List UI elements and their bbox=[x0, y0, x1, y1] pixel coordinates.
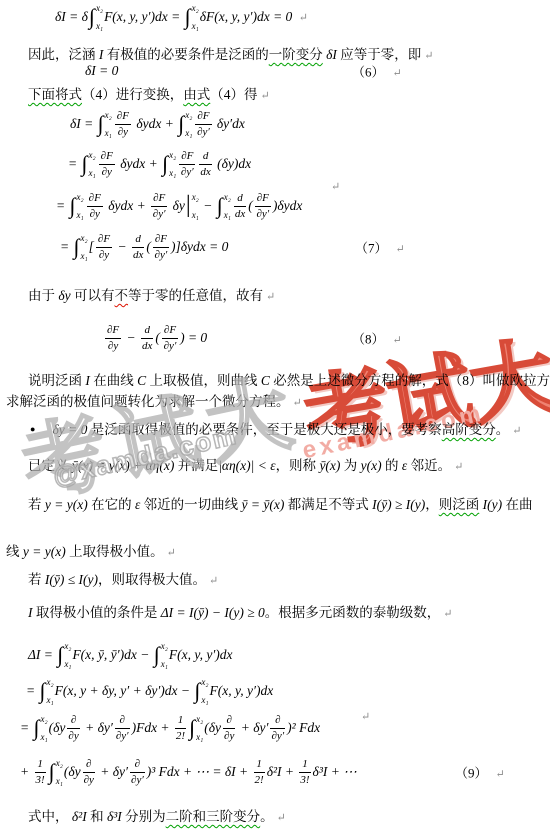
text-run: 邻近。 bbox=[411, 458, 452, 473]
fraction: ddx bbox=[132, 233, 144, 260]
fraction: ∂F∂y bbox=[96, 233, 112, 260]
display-formula: δI = ∫x₂x₁∂F∂y δydx + ∫x₂x₁∂F∂y′ δy′dx bbox=[0, 104, 550, 144]
formula-content: = ∫x₂x₁(δy∂∂y + δy′∂∂y′)Fdx + 12!∫x₂x₁(δ… bbox=[20, 714, 320, 741]
denominator: ∂y′ bbox=[195, 125, 211, 138]
paragraph-mark: ↵ bbox=[261, 90, 270, 102]
lower-limit: x₁ bbox=[81, 252, 88, 261]
formula-content: δI = 0 bbox=[85, 63, 118, 79]
fraction: ddx bbox=[199, 150, 211, 177]
formula-content: δI = ∫x₂x₁∂F∂y δydx + ∫x₂x₁∂F∂y′ δy′dx bbox=[70, 110, 245, 137]
numerator: d bbox=[141, 324, 153, 338]
limits: x₂x₁ bbox=[105, 111, 112, 138]
integral-sign: ∫x₂x₁ bbox=[185, 4, 199, 31]
fraction: ∂∂y bbox=[83, 758, 95, 785]
integral-glyph: ∫ bbox=[57, 645, 63, 665]
integral-glyph: ∫ bbox=[70, 196, 76, 216]
text-run: 有极值的必要条件是泛函的 bbox=[107, 47, 269, 62]
formula-text: = bbox=[56, 198, 69, 214]
text-run: ΔI = I(ȳ) − I(y) ≥ 0 bbox=[157, 605, 264, 620]
denominator: ∂y bbox=[105, 339, 121, 352]
upper-limit: x₂ bbox=[41, 715, 48, 724]
paragraph-mark: ↵ bbox=[299, 11, 308, 24]
text-run: δ²I bbox=[69, 809, 91, 824]
lower-limit: x₁ bbox=[47, 696, 54, 705]
denominator: ∂y′ bbox=[115, 729, 130, 742]
limits: x₂x₁ bbox=[77, 193, 84, 220]
formula-text: δF(x, y, y′)dx = 0 bbox=[200, 9, 296, 25]
text-run: ȳ(x) bbox=[316, 458, 344, 473]
integral-sign: ∫x₂x₁ bbox=[98, 111, 112, 138]
limits: x₂x₁ bbox=[81, 234, 88, 261]
display-formula: = ∫x₂x₁∂F∂y δydx + ∂F∂y′ δy|x₂x₁ − ∫x₂x₁… bbox=[0, 186, 550, 226]
text-run: ，则取得极大值。 bbox=[98, 572, 206, 587]
display-formula: = ∫x₂x₁∂F∂y δydx + ∫x₂x₁∂F∂y′ddx (δy)dx bbox=[0, 144, 550, 184]
integral-glyph: ∫ bbox=[189, 718, 195, 738]
fraction: 12! bbox=[254, 758, 265, 785]
denominator: 2! bbox=[175, 729, 186, 742]
display-formula: ∂F∂y − ddx(∂F∂y′) = 0 （8）↵ bbox=[0, 318, 550, 358]
text-run: I(ȳ) ≥ I(y) bbox=[369, 497, 426, 512]
text-run: δI bbox=[323, 47, 341, 62]
integral-sign: ∫x₂x₁ bbox=[70, 193, 84, 220]
text-run: I bbox=[28, 605, 36, 620]
text-run: 是泛函取得极值的必要条件，至于是极大还是极小，要考察 bbox=[91, 422, 442, 437]
text-run: （4）得 bbox=[210, 87, 257, 102]
lower-limit: x₁ bbox=[77, 211, 84, 220]
upper-limit: x₂ bbox=[196, 715, 203, 724]
lower-limit: x₁ bbox=[96, 22, 103, 31]
integral-glyph: ∫ bbox=[162, 154, 168, 174]
paragraph: 若 I(ȳ) ≤ I(y)，则取得极大值。↵ bbox=[6, 569, 548, 592]
text-run: 下面将式 bbox=[28, 87, 82, 102]
text-run: ȳ(x) = y(x) + αη(x) bbox=[69, 458, 178, 473]
text-run: 应等于零，即 bbox=[340, 47, 421, 62]
numerator: ∂ bbox=[67, 714, 79, 728]
text-run: 在曲 bbox=[505, 497, 532, 512]
lower-limit: x₁ bbox=[192, 22, 199, 31]
text-run: 必然是上述微分方程的解，式（8）叫做欧拉方程。 bbox=[273, 373, 550, 388]
lower-limit: x₁ bbox=[185, 129, 192, 138]
integral-sign: ∫x₂x₁ bbox=[82, 151, 96, 178]
denominator: ∂y bbox=[115, 125, 131, 138]
text-run: 式中， bbox=[28, 809, 69, 824]
integral-sign: ∫x₂x₁ bbox=[49, 759, 63, 786]
integral-sign: ∫x₂x₁ bbox=[40, 678, 54, 705]
upper-limit: x₂ bbox=[64, 642, 71, 651]
fraction: ∂F∂y bbox=[99, 150, 115, 177]
formula-content: = ∫x₂x₁[∂F∂y − ddx(∂F∂y′)]δydx = 0 bbox=[60, 233, 228, 260]
formula-text: δy′dx bbox=[214, 116, 245, 132]
upper-limit: x₂ bbox=[169, 151, 176, 160]
formula-text: − bbox=[114, 239, 130, 255]
limits: x₂x₁ bbox=[64, 642, 71, 669]
formula-text: = bbox=[68, 156, 81, 172]
denominator: ∂y bbox=[96, 248, 112, 261]
paragraph-mark: ↵ bbox=[496, 769, 505, 781]
integral-sign: ∫x₂x₁ bbox=[178, 111, 192, 138]
equation-number: （7）↵ bbox=[355, 238, 405, 257]
fraction: ∂F∂y′ bbox=[153, 233, 169, 260]
text-run: C bbox=[134, 373, 150, 388]
formula-text: δI = 0 bbox=[85, 63, 118, 79]
formula-text: δydx + bbox=[133, 116, 177, 132]
integral-sign: ∫x₂x₁ bbox=[189, 715, 203, 742]
text-run: 一阶变分 bbox=[269, 47, 323, 62]
lower-limit: x₁ bbox=[105, 129, 112, 138]
limits: x₂x₁ bbox=[47, 678, 54, 705]
limits: x₂x₁ bbox=[192, 193, 199, 220]
formula-text: ( bbox=[146, 239, 151, 255]
numerator: ∂F bbox=[179, 150, 195, 164]
formula-text: (δy bbox=[49, 720, 66, 736]
lower-limit: x₁ bbox=[56, 777, 63, 786]
display-formula: = ∫x₂x₁(δy∂∂y + δy′∂∂y′)Fdx + 12!∫x₂x₁(δ… bbox=[0, 706, 550, 750]
display-formula: = ∫x₂x₁[∂F∂y − ddx(∂F∂y′)]δydx = 0 （7）↵ bbox=[0, 227, 550, 267]
fraction: ∂∂y′ bbox=[270, 714, 285, 741]
fraction: ∂F∂y′ bbox=[151, 192, 167, 219]
formula-text: δydx + bbox=[105, 198, 149, 214]
numerator: 1 bbox=[175, 714, 186, 728]
paragraph-mark: ↵ bbox=[167, 547, 176, 559]
text-run: 在曲线 bbox=[93, 373, 134, 388]
text-run: 由式 bbox=[183, 87, 210, 102]
text-run: δ³I bbox=[104, 809, 126, 824]
text-run: I bbox=[82, 373, 93, 388]
text-run: I(y) bbox=[479, 497, 505, 512]
limits: x₂x₁ bbox=[192, 4, 199, 31]
denominator: ∂y′ bbox=[255, 207, 271, 220]
numerator: 1 bbox=[299, 758, 310, 772]
lower-limit: x₁ bbox=[41, 733, 48, 742]
numerator: ∂F bbox=[255, 192, 271, 206]
paragraph-mark: ↵ bbox=[266, 291, 275, 303]
numerator: ∂ bbox=[130, 758, 145, 772]
text-run: 说明泛函 bbox=[28, 373, 82, 388]
numerator: ∂F bbox=[153, 233, 169, 247]
formula-text: δI = bbox=[70, 116, 97, 132]
text-run: 。根据多元函数的泰勒级数， bbox=[265, 605, 441, 620]
upper-limit: x₂ bbox=[192, 193, 199, 202]
formula-content: = ∫x₂x₁∂F∂y δydx + ∫x₂x₁∂F∂y′ddx (δy)dx bbox=[68, 150, 251, 177]
formula-text: [ bbox=[89, 239, 94, 255]
denominator: ∂y bbox=[223, 729, 235, 742]
fraction: ∂∂y bbox=[223, 714, 235, 741]
integral-glyph: ∫ bbox=[178, 114, 184, 134]
formula-text: F(x, y + δy, y′ + δy′)dx − bbox=[55, 683, 194, 699]
upper-limit: x₂ bbox=[56, 759, 63, 768]
upper-limit: x₂ bbox=[192, 4, 199, 13]
text-run: 已定义 bbox=[28, 458, 69, 473]
fraction: ∂F∂y′ bbox=[255, 192, 271, 219]
text-run: 。 bbox=[496, 422, 510, 437]
formula-text: F(x, y, y′)dx = bbox=[104, 9, 184, 25]
fraction: ∂F∂y bbox=[87, 192, 103, 219]
upper-limit: x₂ bbox=[77, 193, 84, 202]
formula-text: ( bbox=[248, 198, 253, 214]
denominator: ∂y′ bbox=[162, 339, 178, 352]
equation-label: （8） bbox=[352, 332, 385, 347]
denominator: ∂y′ bbox=[153, 248, 169, 261]
formula-text: )δydx bbox=[273, 198, 303, 214]
text-run: I bbox=[96, 47, 107, 62]
bullet-dot: ● bbox=[30, 424, 35, 434]
denominator: ∂y′ bbox=[130, 773, 145, 786]
text-run: 二阶和三阶变分 bbox=[166, 809, 261, 824]
denominator: dx bbox=[132, 248, 144, 261]
formula-text: ) = 0 bbox=[180, 330, 207, 346]
text-run: y = y(x) bbox=[42, 497, 92, 512]
text-run: 由于 bbox=[28, 288, 55, 303]
formula-text: F(x, y, y′)dx bbox=[210, 683, 274, 699]
formula-content: ΔI = ∫x₂x₁F(x, ȳ, ȳ′)dx − ∫x₂x₁F(x, y, y… bbox=[28, 642, 233, 669]
equation-number: （6）↵ bbox=[352, 62, 402, 81]
text-run: 的 bbox=[385, 458, 399, 473]
text-run: 若 bbox=[28, 572, 42, 587]
numerator: ∂F bbox=[162, 324, 178, 338]
denominator: ∂y′ bbox=[179, 165, 195, 178]
equation-number: （8）↵ bbox=[352, 329, 402, 348]
fraction: ∂F∂y′ bbox=[195, 110, 211, 137]
fraction: ∂F∂y′ bbox=[162, 324, 178, 351]
formula-text: )² Fdx bbox=[287, 720, 320, 736]
paragraph-mark: ↵ bbox=[443, 608, 452, 620]
limits: x₂x₁ bbox=[185, 111, 192, 138]
text-run: 和 bbox=[90, 809, 104, 824]
integral-glyph: ∫ bbox=[34, 718, 40, 738]
limits: x₂x₁ bbox=[56, 759, 63, 786]
integral-glyph: ∫ bbox=[154, 645, 160, 665]
text-run: ε bbox=[132, 497, 144, 512]
upper-limit: x₂ bbox=[89, 151, 96, 160]
denominator: ∂y bbox=[87, 207, 103, 220]
formula-text: − bbox=[200, 198, 216, 214]
denominator: ∂y bbox=[83, 773, 95, 786]
document-page: 考试大 examda.com δI = δ∫x₂x₁F(x, y, y′)dx … bbox=[0, 0, 550, 829]
display-formula: = ∫x₂x₁F(x, y + δy, y′ + δy′)dx − ∫x₂x₁F… bbox=[0, 674, 550, 708]
numerator: ∂ bbox=[223, 714, 235, 728]
formula-text: δydx + bbox=[117, 156, 161, 172]
text-run: δy = 0 bbox=[52, 422, 90, 437]
formula-text: )]δydx = 0 bbox=[171, 239, 228, 255]
integral-sign: ∫x₂x₁ bbox=[89, 4, 103, 31]
paragraph-mark: ↵ bbox=[331, 180, 340, 193]
formula-text: + bbox=[20, 764, 33, 780]
paragraph-mark: ↵ bbox=[293, 397, 302, 409]
text-run: 。 bbox=[260, 809, 274, 824]
integral-sign: ∫x₂x₁ bbox=[57, 642, 71, 669]
formula-text: (δy bbox=[204, 720, 221, 736]
lower-limit: x₁ bbox=[161, 660, 168, 669]
integral-sign: ∫x₂x₁ bbox=[217, 193, 231, 220]
paragraph-mark: ↵ bbox=[209, 575, 218, 587]
lower-limit: x₁ bbox=[64, 660, 71, 669]
numerator: ∂ bbox=[83, 758, 95, 772]
numerator: ∂F bbox=[99, 150, 115, 164]
formula-text: − bbox=[123, 330, 139, 346]
paragraph-mark: ↵ bbox=[512, 425, 521, 437]
upper-limit: x₂ bbox=[201, 678, 208, 687]
text-run: 不 bbox=[115, 288, 129, 303]
fraction: ∂∂y bbox=[67, 714, 79, 741]
paragraph-mark: ↵ bbox=[361, 710, 370, 723]
fraction: ddx bbox=[234, 192, 246, 219]
text-run: 则泛函 bbox=[439, 497, 480, 512]
text-run: 等于零的任意值，故有 bbox=[128, 288, 263, 303]
numerator: 1 bbox=[35, 758, 46, 772]
lower-limit: x₁ bbox=[89, 169, 96, 178]
limits: x₂x₁ bbox=[96, 4, 103, 31]
formula-text: (δy bbox=[64, 764, 81, 780]
lower-limit: x₁ bbox=[196, 733, 203, 742]
text-run: 高阶变分 bbox=[442, 422, 496, 437]
numerator: ∂ bbox=[115, 714, 130, 728]
text-run: 分别为 bbox=[125, 809, 166, 824]
integral-glyph: ∫ bbox=[98, 114, 104, 134]
text-run: （4）进行变换， bbox=[82, 87, 183, 102]
limits: x₂x₁ bbox=[201, 678, 208, 705]
formula-text: + δy′ bbox=[82, 720, 113, 736]
denominator: ∂y bbox=[67, 729, 79, 742]
equation-label: （9） bbox=[455, 766, 488, 781]
equation-number: （9）↵ bbox=[455, 763, 505, 782]
numerator: d bbox=[199, 150, 211, 164]
upper-limit: x₂ bbox=[185, 111, 192, 120]
text-run: δy bbox=[55, 288, 74, 303]
fraction: ddx bbox=[141, 324, 153, 351]
text-run: 在它的 bbox=[91, 497, 132, 512]
lower-limit: x₁ bbox=[192, 211, 199, 220]
fraction: ∂F∂y bbox=[115, 110, 131, 137]
paragraph: 说明泛函 I 在曲线 C 上取极值，则曲线 C 必然是上述微分方程的解，式（8）… bbox=[6, 370, 548, 414]
text-run: 上取极值，则曲线 bbox=[150, 373, 258, 388]
integral-glyph: ∫ bbox=[185, 7, 191, 27]
formula-text: (δy)dx bbox=[214, 156, 251, 172]
numerator: d bbox=[132, 233, 144, 247]
formula-text: + δy′ bbox=[97, 764, 128, 780]
text-run: 因此，泛涵 bbox=[28, 47, 96, 62]
denominator: ∂y bbox=[99, 165, 115, 178]
fraction: 12! bbox=[175, 714, 186, 741]
limits: x₂x₁ bbox=[196, 715, 203, 742]
formula-text: F(x, ȳ, ȳ′)dx − bbox=[72, 647, 152, 663]
fraction: ∂∂y′ bbox=[115, 714, 130, 741]
integral-glyph: ∫ bbox=[74, 237, 80, 257]
text-run: ， bbox=[425, 497, 439, 512]
integral-sign: ∫x₂x₁ bbox=[74, 234, 88, 261]
numerator: 1 bbox=[254, 758, 265, 772]
fraction: ∂F∂y′ bbox=[179, 150, 195, 177]
fraction: 13! bbox=[299, 758, 310, 785]
denominator: dx bbox=[234, 207, 246, 220]
numerator: d bbox=[234, 192, 246, 206]
formula-text: = bbox=[26, 683, 39, 699]
upper-limit: x₂ bbox=[105, 111, 112, 120]
formula-text: )Fdx + bbox=[132, 720, 173, 736]
formula-content: δI = δ∫x₂x₁F(x, y, y′)dx = ∫x₂x₁δF(x, y,… bbox=[55, 4, 308, 31]
text-run: 都满足不等式 bbox=[288, 497, 369, 512]
denominator: ∂y′ bbox=[151, 207, 167, 220]
paragraph: 已定义 ȳ(x) = y(x) + αη(x) 并满足|αη(x)| < ε，则… bbox=[6, 455, 548, 478]
integral-glyph: ∫ bbox=[194, 681, 200, 701]
text-run: 可以有 bbox=[74, 288, 115, 303]
lower-limit: x₁ bbox=[169, 169, 176, 178]
formula-text: δI = δ bbox=[55, 9, 88, 25]
display-formula: + 13!∫x₂x₁(δy∂∂y + δy′∂∂y′)³ Fdx + ⋯ = δ… bbox=[0, 750, 550, 794]
formula-text: δ²I + bbox=[267, 764, 298, 780]
upper-limit: x₂ bbox=[47, 678, 54, 687]
text-run: ȳ = ȳ(x) bbox=[238, 497, 288, 512]
formula-text: δy bbox=[169, 198, 185, 214]
upper-limit: x₂ bbox=[81, 234, 88, 243]
numerator: ∂F bbox=[115, 110, 131, 124]
denominator: 3! bbox=[35, 773, 46, 786]
limits: x₂x₁ bbox=[224, 193, 231, 220]
text-run: |αη(x)| < ε bbox=[218, 458, 275, 473]
text-run: 求解泛函的极值问题转化为求解一个微分方程。 bbox=[6, 394, 290, 409]
fraction: ∂∂y′ bbox=[130, 758, 145, 785]
limits: x₂x₁ bbox=[41, 715, 48, 742]
bar-glyph: | bbox=[186, 195, 191, 217]
denominator: 2! bbox=[254, 773, 265, 786]
numerator: ∂ bbox=[270, 714, 285, 728]
numerator: ∂F bbox=[96, 233, 112, 247]
text-run: y = y(x) bbox=[20, 544, 70, 559]
equation-label: （7） bbox=[355, 241, 388, 256]
formula-text: = bbox=[60, 239, 73, 255]
text-run: 若 bbox=[28, 497, 42, 512]
formula-text: F(x, y, y′)dx bbox=[169, 647, 233, 663]
denominator: 3! bbox=[299, 773, 310, 786]
text-run: 取得极小值的条件是 bbox=[36, 605, 158, 620]
formula-text: ΔI = bbox=[28, 647, 56, 663]
formula-content: + 13!∫x₂x₁(δy∂∂y + δy′∂∂y′)³ Fdx + ⋯ = δ… bbox=[20, 758, 357, 785]
limits: x₂x₁ bbox=[89, 151, 96, 178]
numerator: ∂F bbox=[105, 324, 121, 338]
bullet-paragraph: ●δy = 0 是泛函取得极值的必要条件，至于是极大还是极小，要考察高阶变分。↵ bbox=[6, 419, 550, 442]
upper-limit: x₂ bbox=[96, 4, 103, 13]
text-run: 并满足 bbox=[178, 458, 219, 473]
limits: x₂x₁ bbox=[169, 151, 176, 178]
text-run: C bbox=[258, 373, 274, 388]
formula-content: ∂F∂y − ddx(∂F∂y′) = 0 bbox=[103, 324, 207, 351]
text-run: 邻近的一切曲线 bbox=[144, 497, 239, 512]
integral-glyph: ∫ bbox=[40, 681, 46, 701]
formula-text: δ³I + ⋯ bbox=[313, 764, 357, 780]
lower-limit: x₁ bbox=[224, 211, 231, 220]
integral-sign: ∫x₂x₁ bbox=[162, 151, 176, 178]
paragraph: 若 y = y(x) 在它的 ε 邻近的一切曲线 ȳ = ȳ(x) 都满足不等式… bbox=[6, 494, 548, 515]
text-run: y(x) bbox=[357, 458, 385, 473]
formula-content: = ∫x₂x₁∂F∂y δydx + ∂F∂y′ δy|x₂x₁ − ∫x₂x₁… bbox=[56, 192, 302, 219]
limits: x₂x₁ bbox=[161, 642, 168, 669]
paragraph-mark: ↵ bbox=[396, 244, 405, 256]
integral-glyph: ∫ bbox=[82, 154, 88, 174]
display-formula: ΔI = ∫x₂x₁F(x, ȳ, ȳ′)dx − ∫x₂x₁F(x, y, y… bbox=[0, 636, 550, 674]
integral-sign: ∫x₂x₁ bbox=[34, 715, 48, 742]
paragraph-mark: ↵ bbox=[393, 335, 402, 347]
paragraph: I 取得极小值的条件是 ΔI = I(ȳ) − I(y) ≥ 0。根据多元函数的… bbox=[6, 602, 548, 625]
text-run: 线 bbox=[6, 544, 20, 559]
integral-glyph: ∫ bbox=[89, 7, 95, 27]
text-run: ε bbox=[399, 458, 411, 473]
evaluation-bar: |x₂x₁ bbox=[186, 193, 199, 220]
integral-sign: ∫x₂x₁ bbox=[154, 642, 168, 669]
numerator: ∂F bbox=[151, 192, 167, 206]
paragraph-mark: ↵ bbox=[393, 68, 402, 80]
upper-limit: x₂ bbox=[161, 642, 168, 651]
formula-text: = bbox=[20, 720, 33, 736]
formula-text: )³ Fdx + ⋯ = δI + bbox=[147, 764, 252, 780]
